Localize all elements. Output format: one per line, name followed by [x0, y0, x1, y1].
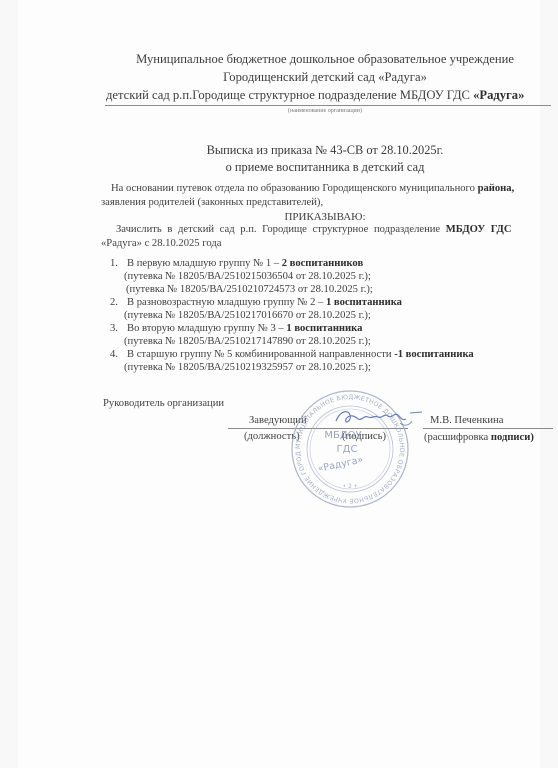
signer-name: М.В. Печенкина — [430, 415, 503, 426]
enroll-line1-text: Зачислить в детский сад р.п. Городище ст… — [116, 224, 446, 235]
svg-text:ГДС: ГДС — [337, 444, 358, 455]
preamble-line1-text: На основании путевок отдела по образован… — [111, 183, 478, 194]
preamble-line1-bold: района, — [478, 183, 515, 194]
org-name-line3: детский сад р.п.Городище структурное под… — [106, 88, 524, 103]
list-item-group: В старшую группу № 5 комбинированной нап… — [127, 349, 394, 360]
list-item-count: 1 воспитанника — [286, 323, 362, 334]
head-label: Руководитель организации — [103, 398, 224, 409]
voucher-line: (путевка № 18205/ВА/2510217147890 от 28.… — [124, 336, 371, 347]
enroll-line1-bold: МБДОУ ГДС — [446, 224, 512, 235]
org-name-line3-bold: «Радуга» — [473, 88, 524, 102]
header-underline — [105, 105, 551, 106]
name-caption-bold: подписи) — [491, 432, 534, 443]
name-line — [423, 428, 553, 429]
voucher-line: (путевка № 18205/ВА/2510210724573 от 28.… — [126, 284, 373, 295]
list-item-count: 1 воспитанника — [326, 297, 402, 308]
preamble-line1: На основании путевок отдела по образован… — [111, 183, 514, 194]
document-subtitle: о приеме воспитанника в детский сад — [100, 160, 550, 175]
list-item: 3.Во вторую младшую группу № 3 – 1 воспи… — [110, 323, 362, 334]
org-name-line1: Муниципальное бюджетное дошкольное образ… — [100, 52, 550, 67]
voucher-line: (путевка № 18205/ВА/2510215036504 от 28.… — [124, 271, 371, 282]
voucher-line: (путевка № 18205/ВА/2510217016670 от 28.… — [124, 310, 371, 321]
enroll-line2: «Радуга» с 28.10.2025 года — [101, 238, 221, 249]
org-name-line2: Городищенский детский сад «Радуга» — [100, 70, 550, 85]
org-name-line3-text: детский сад р.п.Городище структурное под… — [106, 88, 473, 102]
enroll-line1: Зачислить в детский сад р.п. Городище ст… — [116, 224, 511, 235]
list-item-group: В первую младшую группу № 1 – — [127, 258, 282, 269]
preamble-line2: заявления родителей (законных представит… — [101, 197, 323, 208]
list-item-count: 2 воспитанников — [282, 258, 363, 269]
svg-text:«Радуга»: «Радуга» — [317, 454, 365, 474]
name-caption-text: (расшифровка — [424, 432, 491, 443]
order-word: ПРИКАЗЫВАЮ: — [100, 211, 550, 223]
list-item: 2.В разновозрастную младшую группу № 2 –… — [110, 297, 402, 308]
name-caption: (расшифровка подписи) — [424, 432, 534, 443]
scan-background — [0, 0, 558, 768]
handwritten-signature — [330, 403, 430, 433]
svg-text:• 2 •: • 2 • — [343, 483, 358, 490]
list-item: 4.В старшую группу № 5 комбинированной н… — [110, 349, 474, 360]
list-item-group: Во вторую младшую группу № 3 – — [127, 323, 286, 334]
document-title: Выписка из приказа № 43-СВ от 28.10.2025… — [100, 143, 550, 158]
list-item-number: 2. — [110, 297, 127, 308]
list-item-number: 3. — [110, 323, 127, 334]
list-item: 1.В первую младшую группу № 1 – 2 воспит… — [110, 258, 363, 269]
org-caption: (наименование организации) — [100, 108, 550, 114]
list-item-count: -1 воспитанника — [394, 349, 474, 360]
list-item-number: 4. — [110, 349, 127, 360]
voucher-line: (путевка № 18205/ВА/2510219325957 от 28.… — [124, 362, 371, 373]
signature-scribble-icon — [330, 403, 430, 433]
list-item-group: В разновозрастную младшую группу № 2 – — [127, 297, 326, 308]
list-item-number: 1. — [110, 258, 127, 269]
